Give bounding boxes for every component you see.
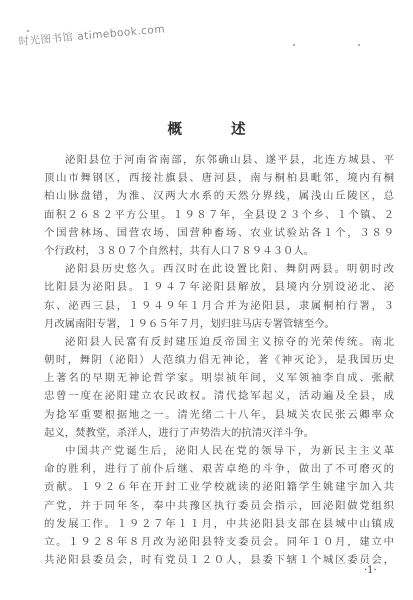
text-line: 命的胜利，进行了前仆后继、艰苦卓绝的斗争，做出了不可磨灭的 [44, 460, 394, 478]
text-line: 泌阳县人民富有反封建压迫反帝国主义掠夺的光荣传统。南北 [44, 333, 394, 351]
text-line: 月改属南阳专署，１９６５年７月，划归驻马店专署管辖至今。 [44, 315, 394, 333]
text-line: 泌阳县位于河南省南部，东邻确山县、遂平县，北连方城县、平 [44, 151, 394, 169]
text-line: 面积２６８２平方公里。１９８７年，全县设２３个乡、１个镇、２ [44, 206, 394, 224]
paragraph: 中国共产党诞生后，泌阳人民在党的领导下，为新民主主义革 命的胜利，进行了前仆后继… [44, 442, 394, 569]
text-line: 顶山市舞钢区，西接社旗县、唐河县，南与桐柏县毗邻，境内有桐 [44, 169, 394, 187]
text-line: 起义，焚教堂，杀洋人，进行了声势浩大的抗清灭洋斗争。 [44, 424, 394, 442]
scan-speck [293, 44, 295, 46]
text-line: 朝时，舞阴（泌阳）人范缜力倡无神论，著《神灭论》，是我国历史 [44, 351, 394, 369]
scan-speck [27, 30, 29, 32]
text-line: 中国共产党诞生后，泌阳人民在党的领导下，为新民主主义革 [44, 442, 394, 460]
text-line: 产党，并于同年冬，奉中共豫区执行委员会指示，回泌阳做党组织 [44, 497, 394, 515]
text-line: 个国营林场、国营农场、国营种畜场、农业试验站各１个，３８９ [44, 224, 394, 242]
watermark: 时光图书馆 atimebook.com [18, 21, 166, 49]
text-line: 共泌阳县委员会，时有党员１２０人，县委下辖１个城区委员会， [44, 551, 394, 569]
text-line: 上著名的早期无神论哲学家。明崇祯年间，义军领袖李自成、张献 [44, 369, 394, 387]
text-line: 立。１９２８年８月改为泌阳县特支委员会。同年１０月，建立中 [44, 533, 394, 551]
text-line: 个行政村，３８０７个自然村，共有人口７８９４３０人。 [44, 242, 394, 260]
paragraph: 泌阳县历史悠久。西汉时在此设置比阳、舞阴两县。明朝时改 比阳县为泌阳县。１９４７… [44, 260, 394, 333]
text-line: 贡献。１９２６年在开封工业学校就读的泌阳籍学生姚建宇加入共 [44, 478, 394, 496]
text-line: 的发展工作。１９２７年１１月，中共泌阳县支部在县城中山镇成 [44, 515, 394, 533]
text-line: 忠曾一度在泌阳建立农民政权。清代捻军起义，活动遍及全县，成 [44, 387, 394, 405]
text-line: 东、泌西三县，１９４９年１月合并为泌阳县，隶属桐柏行署，３ [44, 297, 394, 315]
text-line: 比阳县为泌阳县。１９４７年泌阳县解放，县境内分别设泌北、泌 [44, 278, 394, 296]
paragraph: 泌阳县位于河南省南部，东邻确山县、遂平县，北连方城县、平 顶山市舞钢区，西接社旗… [44, 151, 394, 260]
page-title: 概 述 [0, 118, 413, 139]
scan-speck [358, 44, 360, 46]
text-line: 泌阳县历史悠久。西汉时在此设置比阳、舞阴两县。明朝时改 [44, 260, 394, 278]
paragraph: 泌阳县人民富有反封建压迫反帝国主义掠夺的光荣传统。南北 朝时，舞阴（泌阳）人范缜… [44, 333, 394, 442]
text-line: 为捻军重要根据地之一。清光绪二十八年，县城关农民张云卿率众 [44, 406, 394, 424]
body-text: 泌阳县位于河南省南部，东邻确山县、遂平县，北连方城县、平 顶山市舞钢区，西接社旗… [44, 151, 394, 569]
page-number: ·1· [364, 565, 377, 576]
text-line: 柏山脉盘错，为淮、汉两大水系的天然分界线，属浅山丘陵区，总 [44, 187, 394, 205]
